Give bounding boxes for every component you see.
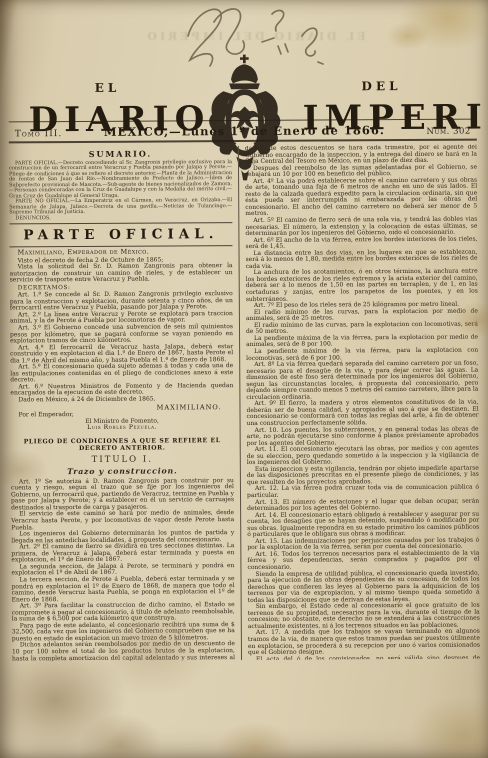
paragraph: dacion de estos descuentos se hará cada … [245, 145, 477, 166]
paragraph: Art. 5.º El concesionario queda sujeto a… [10, 363, 233, 384]
paragraph: Art. 1.º Se concede al Sr. D. Ramon Zang… [10, 291, 233, 312]
paragraph: Maximiliano, Emperador de México. [10, 248, 233, 256]
masthead-word-el: EL [28, 80, 186, 95]
paragraph: Art. 9º El fierro, la madera y otros ele… [246, 400, 478, 428]
issue-number: Núm. 302 [426, 127, 470, 137]
paragraph: El acta del ó de los comisionados, no se… [248, 655, 480, 661]
printed-area: EL DIARIO DEL [0, 0, 488, 661]
paragraph: PARTE OFICIAL.—Decreto concediendo al Sr… [9, 160, 232, 200]
masthead: EL DIARIO DEL [0, 0, 487, 121]
sumario-heading: SUMARIO. [9, 148, 232, 159]
paragraph: Art. 2º El camino de fierro se dividirá … [11, 543, 234, 564]
paragraph: Art. 17. A medida que los trabajos se va… [248, 629, 480, 657]
parte-oficial-heading: PARTE OFICIAL. [9, 226, 232, 243]
paragraph: Art. 14. El concesionario estará obligad… [247, 511, 479, 539]
right-column: dacion de estos descuentos se hará cada … [239, 145, 480, 660]
volume-label: Tomo III. [15, 129, 62, 139]
pliego-heading: PLIEGO DE CONDICIONES A QUE SE REFIERE E… [11, 437, 234, 452]
masthead-word-del: DEL [302, 79, 460, 94]
paragraph: Art. 4º La via podrá establecerse sobre … [245, 177, 477, 218]
paragraph: DENUNCIOS. [9, 215, 232, 222]
paragraph: Luis Robles Pezuela. [11, 424, 234, 432]
paragraph: Art. 16. Todos los terrenos necesarios p… [247, 550, 479, 571]
paragraph: Art. 8º La via férrea quedará separada d… [246, 361, 478, 402]
pliego-text-continued: dacion de estos descuentos se hará cada … [245, 145, 480, 662]
paragraph: Art. 5º El camino de fierro será de una … [245, 217, 477, 238]
paragraph: Siendo la empresa de utilidad pública, e… [247, 570, 479, 604]
paragraph: Dichos adelantos serán reembolsados por … [12, 641, 235, 661]
paragraph: Art. 3.º El Gobierno concede una subvenc… [10, 324, 233, 345]
paragraph: Vista la solicitud del Sr. D. Ramon Zang… [10, 263, 233, 284]
titulo-subheading: Trazo y construccion. [11, 466, 234, 476]
paragraph: PARTE NO OFICIAL.—La Emperatriz en el Cá… [9, 198, 232, 216]
paragraph: La anchura de los acotamientos, ó en otr… [246, 269, 478, 303]
left-column: SUMARIO. PARTE OFICIAL.—Decreto concedie… [9, 146, 241, 661]
date-heading: MEXICO,—Lunes 1º de Enero de 1866. [104, 123, 385, 139]
paragraph: Art. 11. El concesionario ejecutará las … [247, 446, 479, 467]
sumario-body: PARTE OFICIAL.—Decreto concediendo al Sr… [9, 160, 232, 221]
paragraph: Art. 1º Se autoriza á D. Ramon Zangronis… [11, 478, 234, 512]
pliego-text: Art. 1º Se autoriza á D. Ramon Zangronis… [11, 478, 235, 662]
paragraph: Art. 3º Para facilitar la construccion d… [12, 602, 235, 623]
column-area: SUMARIO. PARTE OFICIAL.—Decreto concedie… [9, 145, 480, 662]
rule-above-parte-oficial [9, 222, 232, 224]
paragraph: Sin embargo, el Estado cede al concesion… [248, 603, 480, 631]
titulo-heading: TITULO I. [11, 454, 234, 465]
decree-text: Maximiliano, Emperador de México.Visto e… [10, 248, 234, 432]
newspaper-page: EL DIARIO DEL IMPERIO EL DIARIO [0, 0, 488, 758]
paragraph: La tercera seccion, de Perote á Puebla, … [12, 576, 235, 604]
